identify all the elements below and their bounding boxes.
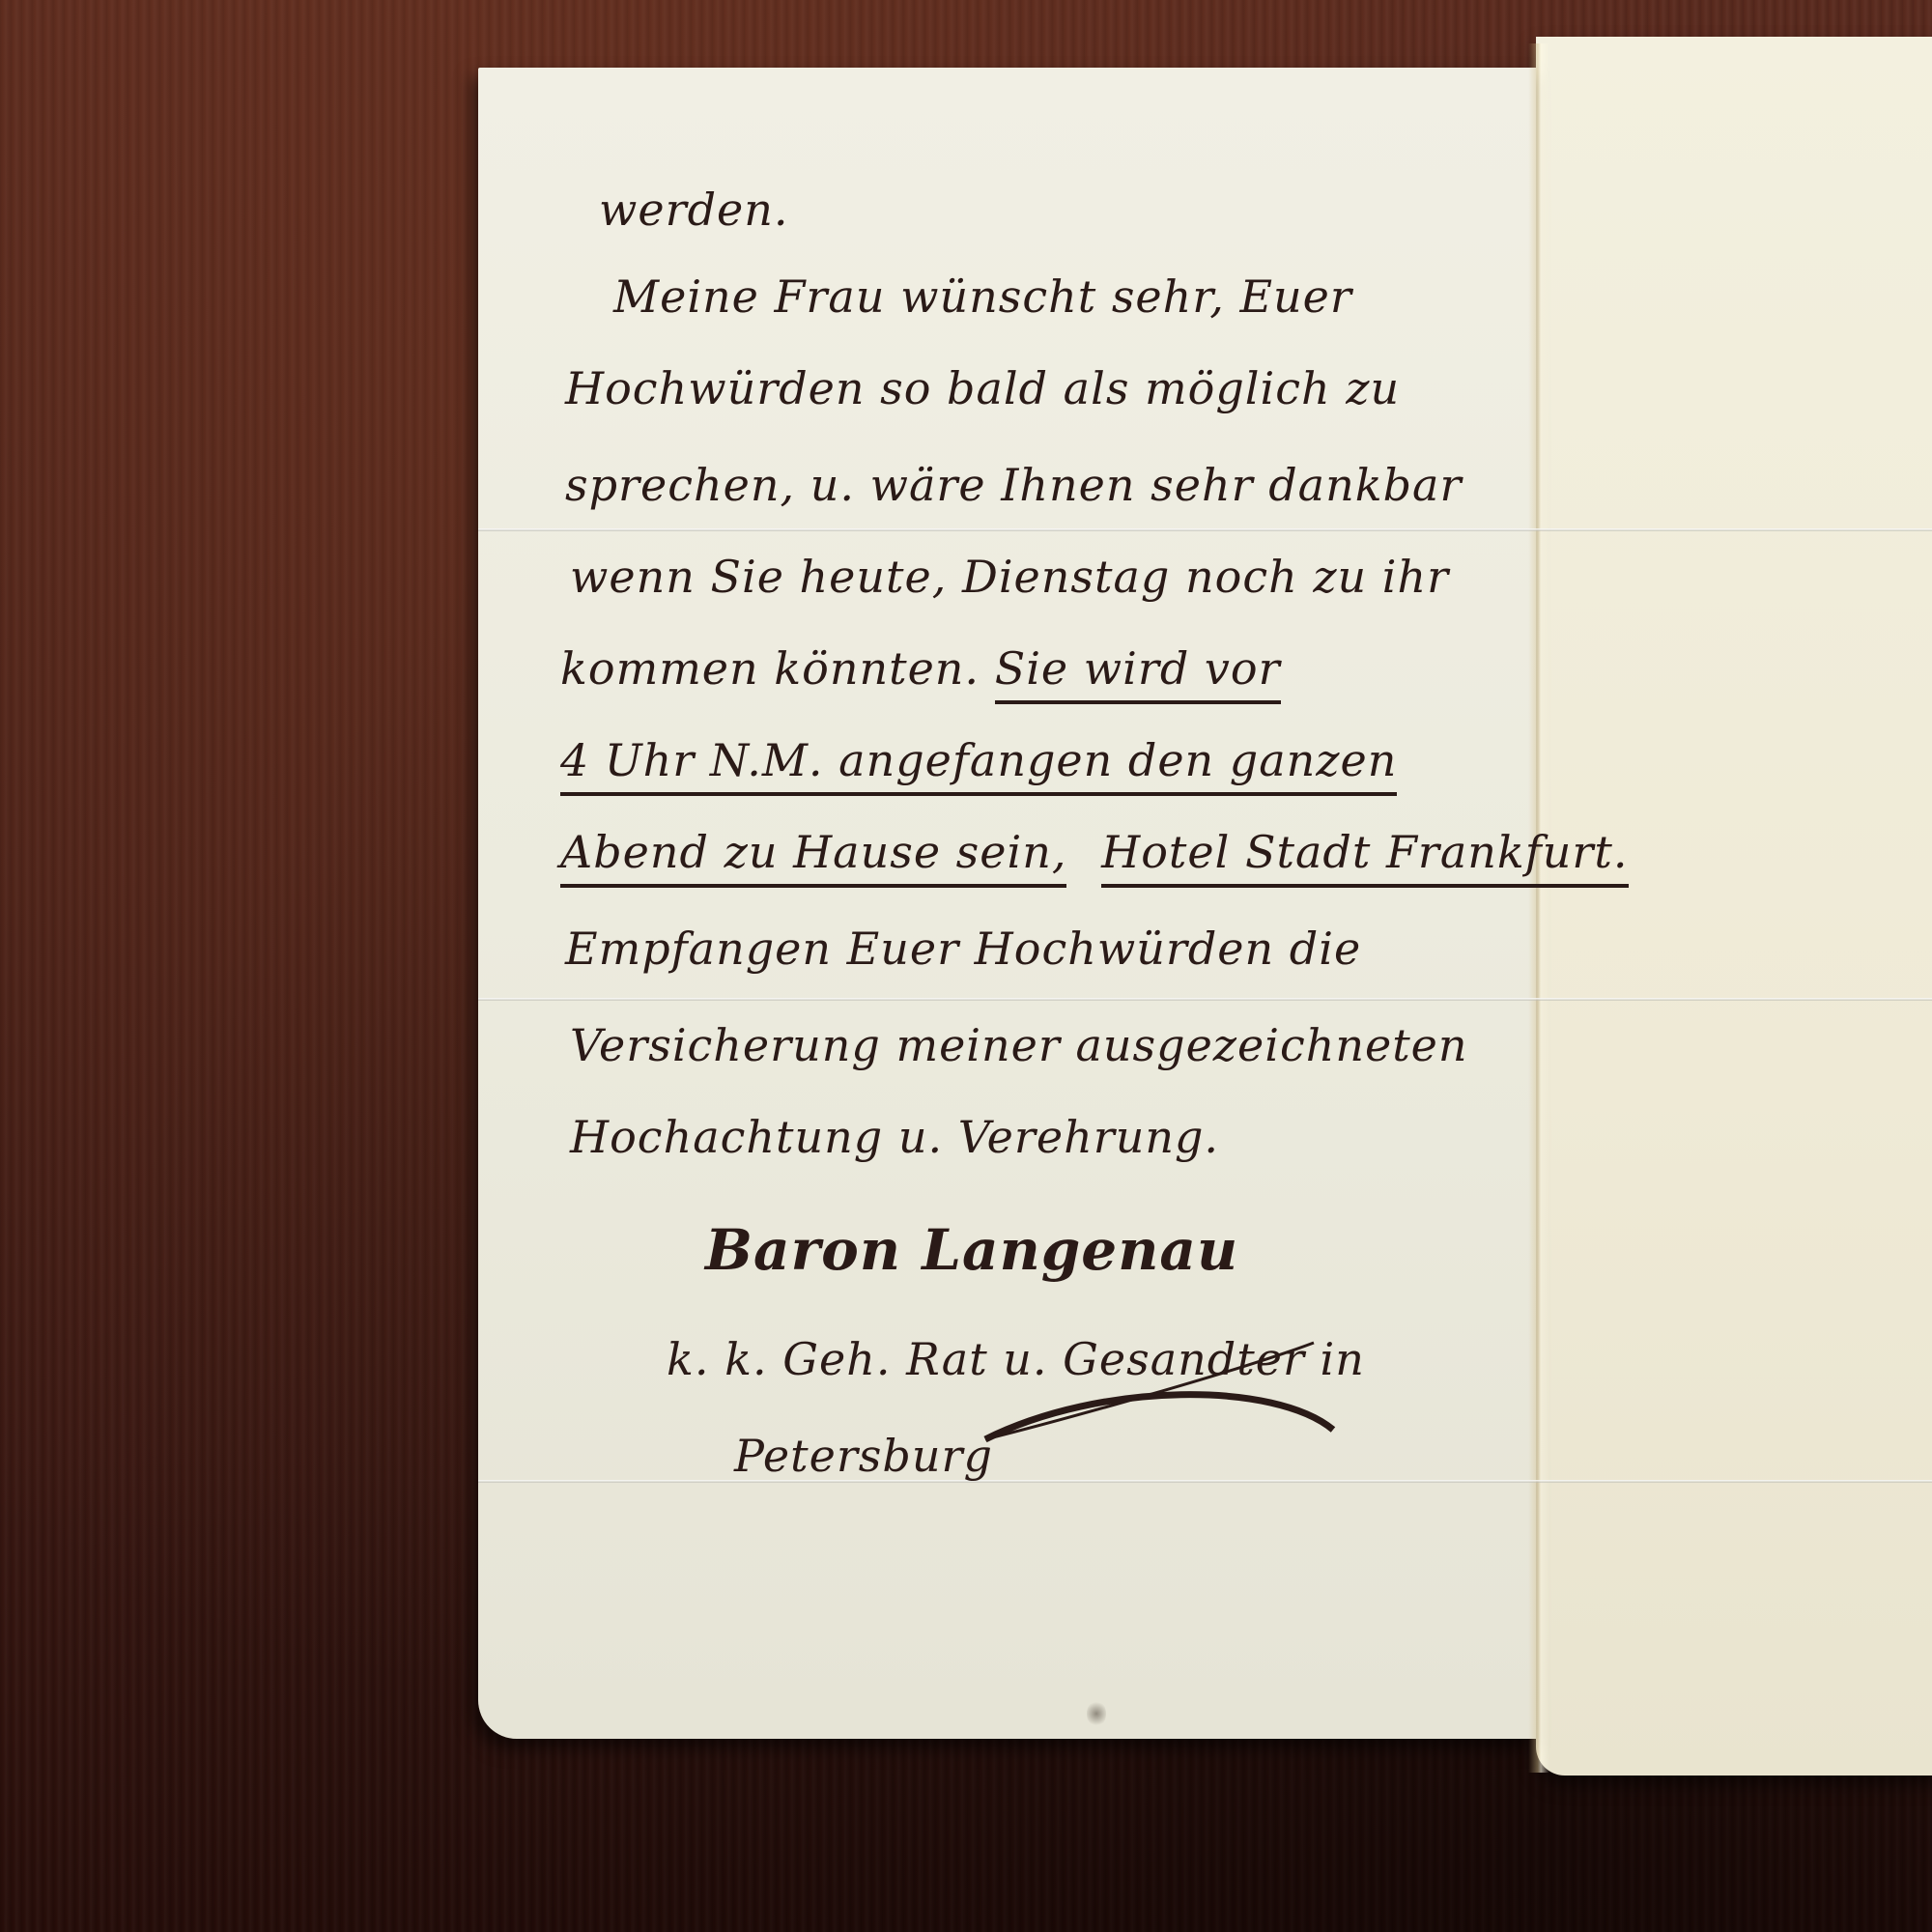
letter-line: Empfangen Euer Hochwürden die	[565, 923, 1361, 975]
letter-line: sprechen, u. wäre Ihnen sehr dankbar	[565, 459, 1462, 511]
underlined-hotel-name: Hotel Stadt Frankfurt.	[1101, 826, 1628, 888]
letter-text: kommen könnten.	[560, 642, 980, 695]
signature-flourish-icon	[696, 1333, 1391, 1449]
letter-line: Hochachtung u. Verehrung.	[570, 1111, 1219, 1163]
paper-fold-crease	[478, 1480, 1932, 1483]
right-blank-page	[1536, 37, 1932, 1776]
underlined-text: Sie wird vor	[995, 642, 1281, 704]
signature-name: Baron Langenau	[705, 1217, 1238, 1283]
ink-stain	[1087, 1700, 1106, 1727]
paper-fold-crease	[478, 528, 1932, 531]
letter-line: werden.	[599, 184, 789, 236]
letter-line: kommen könnten. Sie wird vor	[560, 642, 1281, 695]
paper-fold-crease	[478, 998, 1932, 1001]
center-fold-gutter	[1528, 43, 1549, 1773]
letter-line: Meine Frau wünscht sehr, Euer	[613, 270, 1352, 323]
letter-line: Abend zu Hause sein, Hotel Stadt Frankfu…	[560, 826, 1629, 878]
letter-line: wenn Sie heute, Dienstag noch zu ihr	[570, 551, 1449, 603]
letter-line: Versicherung meiner ausgezeichneten	[570, 1019, 1468, 1071]
letter-line: Hochwürden so bald als möglich zu	[565, 362, 1400, 414]
letter-line-underlined: 4 Uhr N.M. angefangen den ganzen	[560, 734, 1397, 796]
underlined-text: Abend zu Hause sein,	[560, 826, 1066, 888]
